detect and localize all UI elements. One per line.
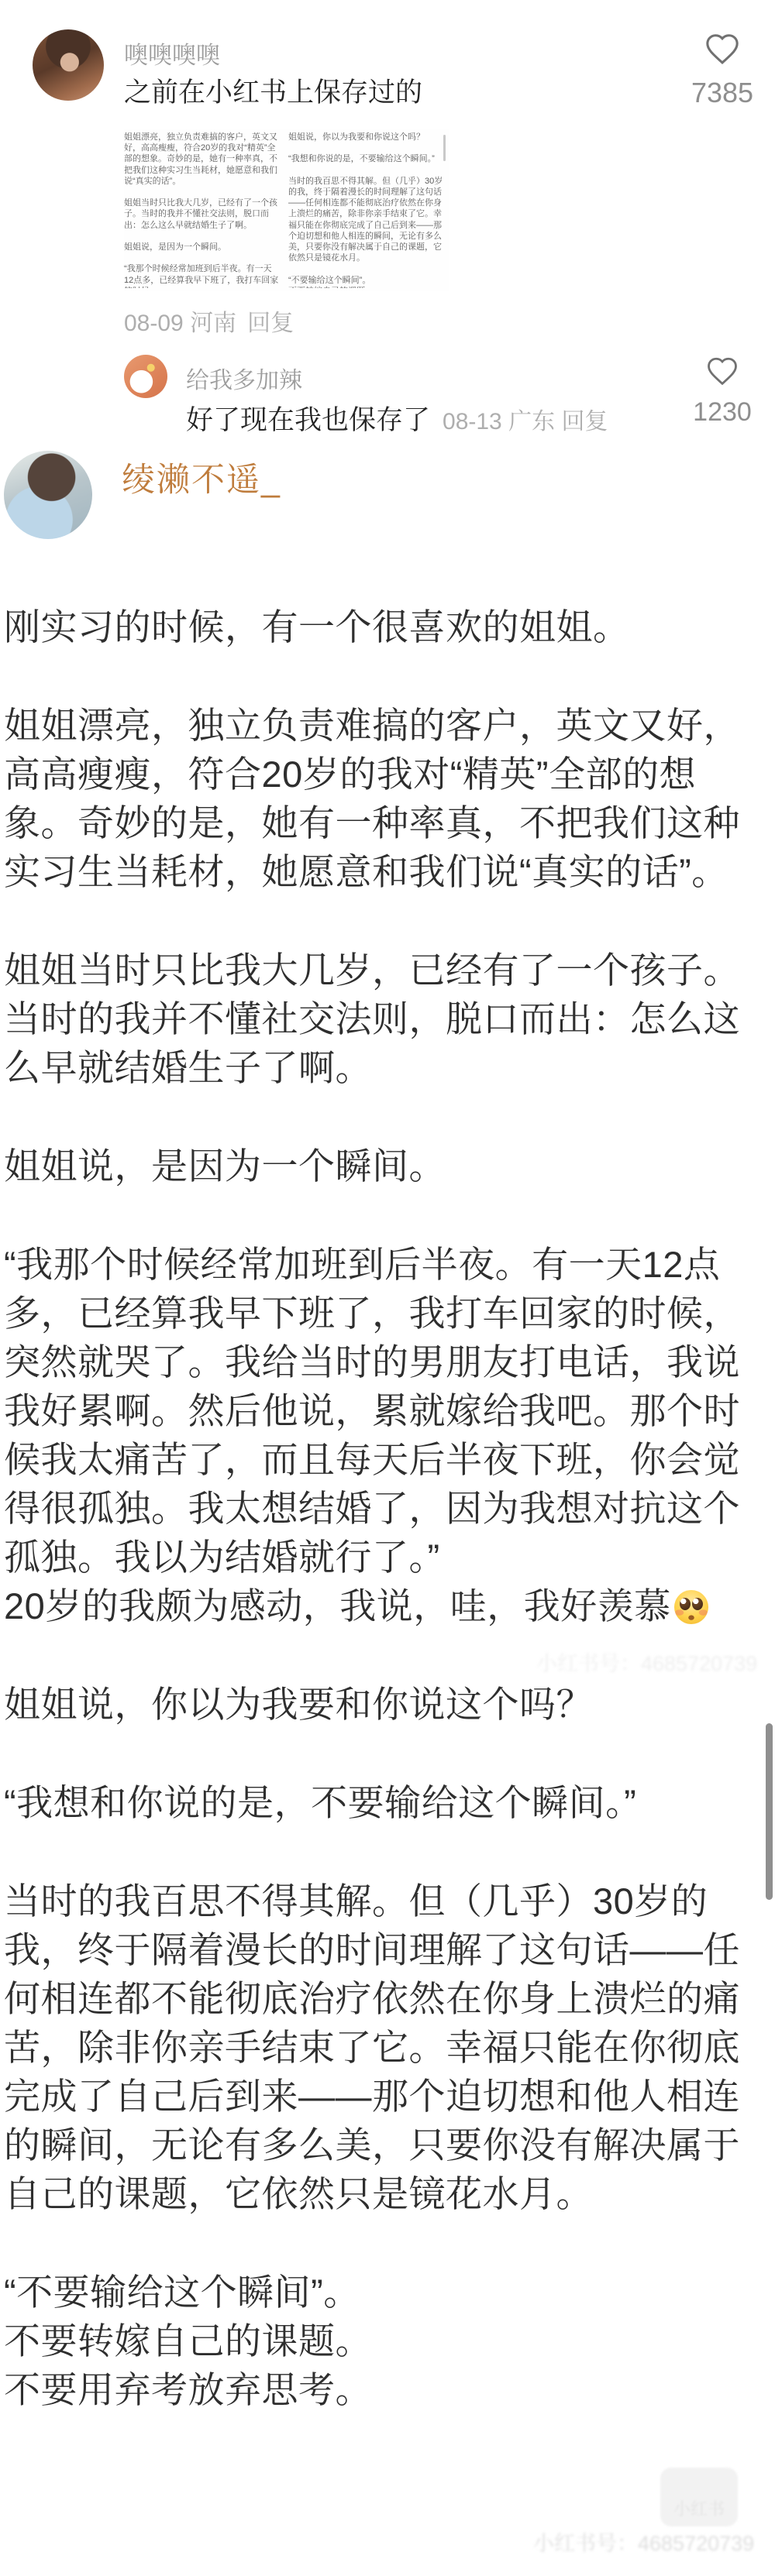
post-paragraph: 姐姐说，你以为我要和你说这个吗？ [4,1680,749,1729]
reply-button[interactable]: 回复 [561,409,608,434]
comment-username[interactable]: 给我多加辣 [186,361,302,395]
comment-text: 之前在小红书上保存过的 [124,71,422,110]
scrollbar-thumb[interactable] [766,1723,773,1900]
comment-thread: 噢噢噢噢 之前在小红书上保存过的 姐姐漂亮，独立负责难搞的客户，英文又好，高高瘦… [0,0,775,2576]
heart-icon[interactable] [703,31,742,67]
attachment-thumbnail[interactable]: 姐姐漂亮，独立负责难搞的客户，英文又好，高高瘦瘦，符合20岁的我对“精英”全部的… [124,129,449,291]
comment-meta: 08-13 广东 回复 [443,409,608,434]
avatar[interactable] [124,355,167,398]
post-body: 刚实习的时候，有一个很喜欢的姐姐。 姐姐漂亮，独立负责难搞的客户，英文又好，高高… [4,603,749,2464]
pleading-face-emoji [674,1590,708,1624]
comment-meta: 08-09 河南回复 [124,304,294,338]
post-paragraph: “我那个时候经常加班到后半夜。有一天12点多，已经算我早下班了，我打车回家的时候… [4,1240,749,1630]
post-paragraph: 刚实习的时候，有一个很喜欢的姐姐。 [4,603,749,651]
comment-date-location: 08-09 河南 [124,311,236,336]
post-paragraph: “我想和你说的是，不要输给这个瞬间。” [4,1778,749,1827]
post-paragraph: 当时的我百思不得其解。但（几乎）30岁的我，终于隔着漫长的时间理解了这句话——任… [4,1877,749,2218]
like-button[interactable]: 1230 [682,355,763,428]
post-paragraph: 姐姐说，是因为一个瞬间。 [4,1142,749,1190]
reply-button[interactable]: 回复 [247,311,294,336]
post-avatar[interactable] [4,451,92,539]
comment-username[interactable]: 噢噢噢噢 [124,36,220,70]
like-count: 1230 [682,397,763,428]
post-paragraph: “不要输给这个瞬间”。 不要转嫁自己的课题。 不要用弃考放弃思考。 [4,2268,749,2414]
heart-icon[interactable] [704,355,740,387]
comment-text: 好了现在我也保存了08-13 广东 回复 [186,399,608,438]
comment-text-content: 好了现在我也保存了 [186,405,430,435]
post-paragraph-text: “我那个时候经常加班到后半夜。有一天12点多，已经算我早下班了，我打车回家的时候… [4,1244,740,1626]
like-button[interactable]: 7385 [682,31,763,109]
post-username[interactable]: 绫濑不遥_ [122,454,281,501]
thumbnail-scrollbar [443,135,446,161]
post-paragraph: 姐姐漂亮，独立负责难搞的客户，英文又好，高高瘦瘦，符合20岁的我对“精英”全部的… [4,701,749,896]
post-paragraph: 姐姐当时只比我大几岁，已经有了一个孩子。当时的我并不懂社交法则，脱口而出：怎么这… [4,946,749,1092]
avatar[interactable] [33,29,104,101]
comment-date-location: 08-13 广东 [443,409,555,434]
like-count: 7385 [682,77,763,109]
watermark-account-id: 小红书号：4685720739 [536,1647,757,1677]
xiaohongshu-logo-watermark: 小红书 [660,2468,738,2526]
thumbnail-column-left: 姐姐漂亮，独立负责难搞的客户，英文又好，高高瘦瘦，符合20岁的我对“精英”全部的… [124,132,279,288]
thumbnail-column-right: 姐姐说，你以为我要和你说这个吗？ “我想和你说的是，不要输给这个瞬间。” 当时的… [288,132,443,288]
watermark-account-id: 小红书号：4685720739 [533,2526,754,2557]
